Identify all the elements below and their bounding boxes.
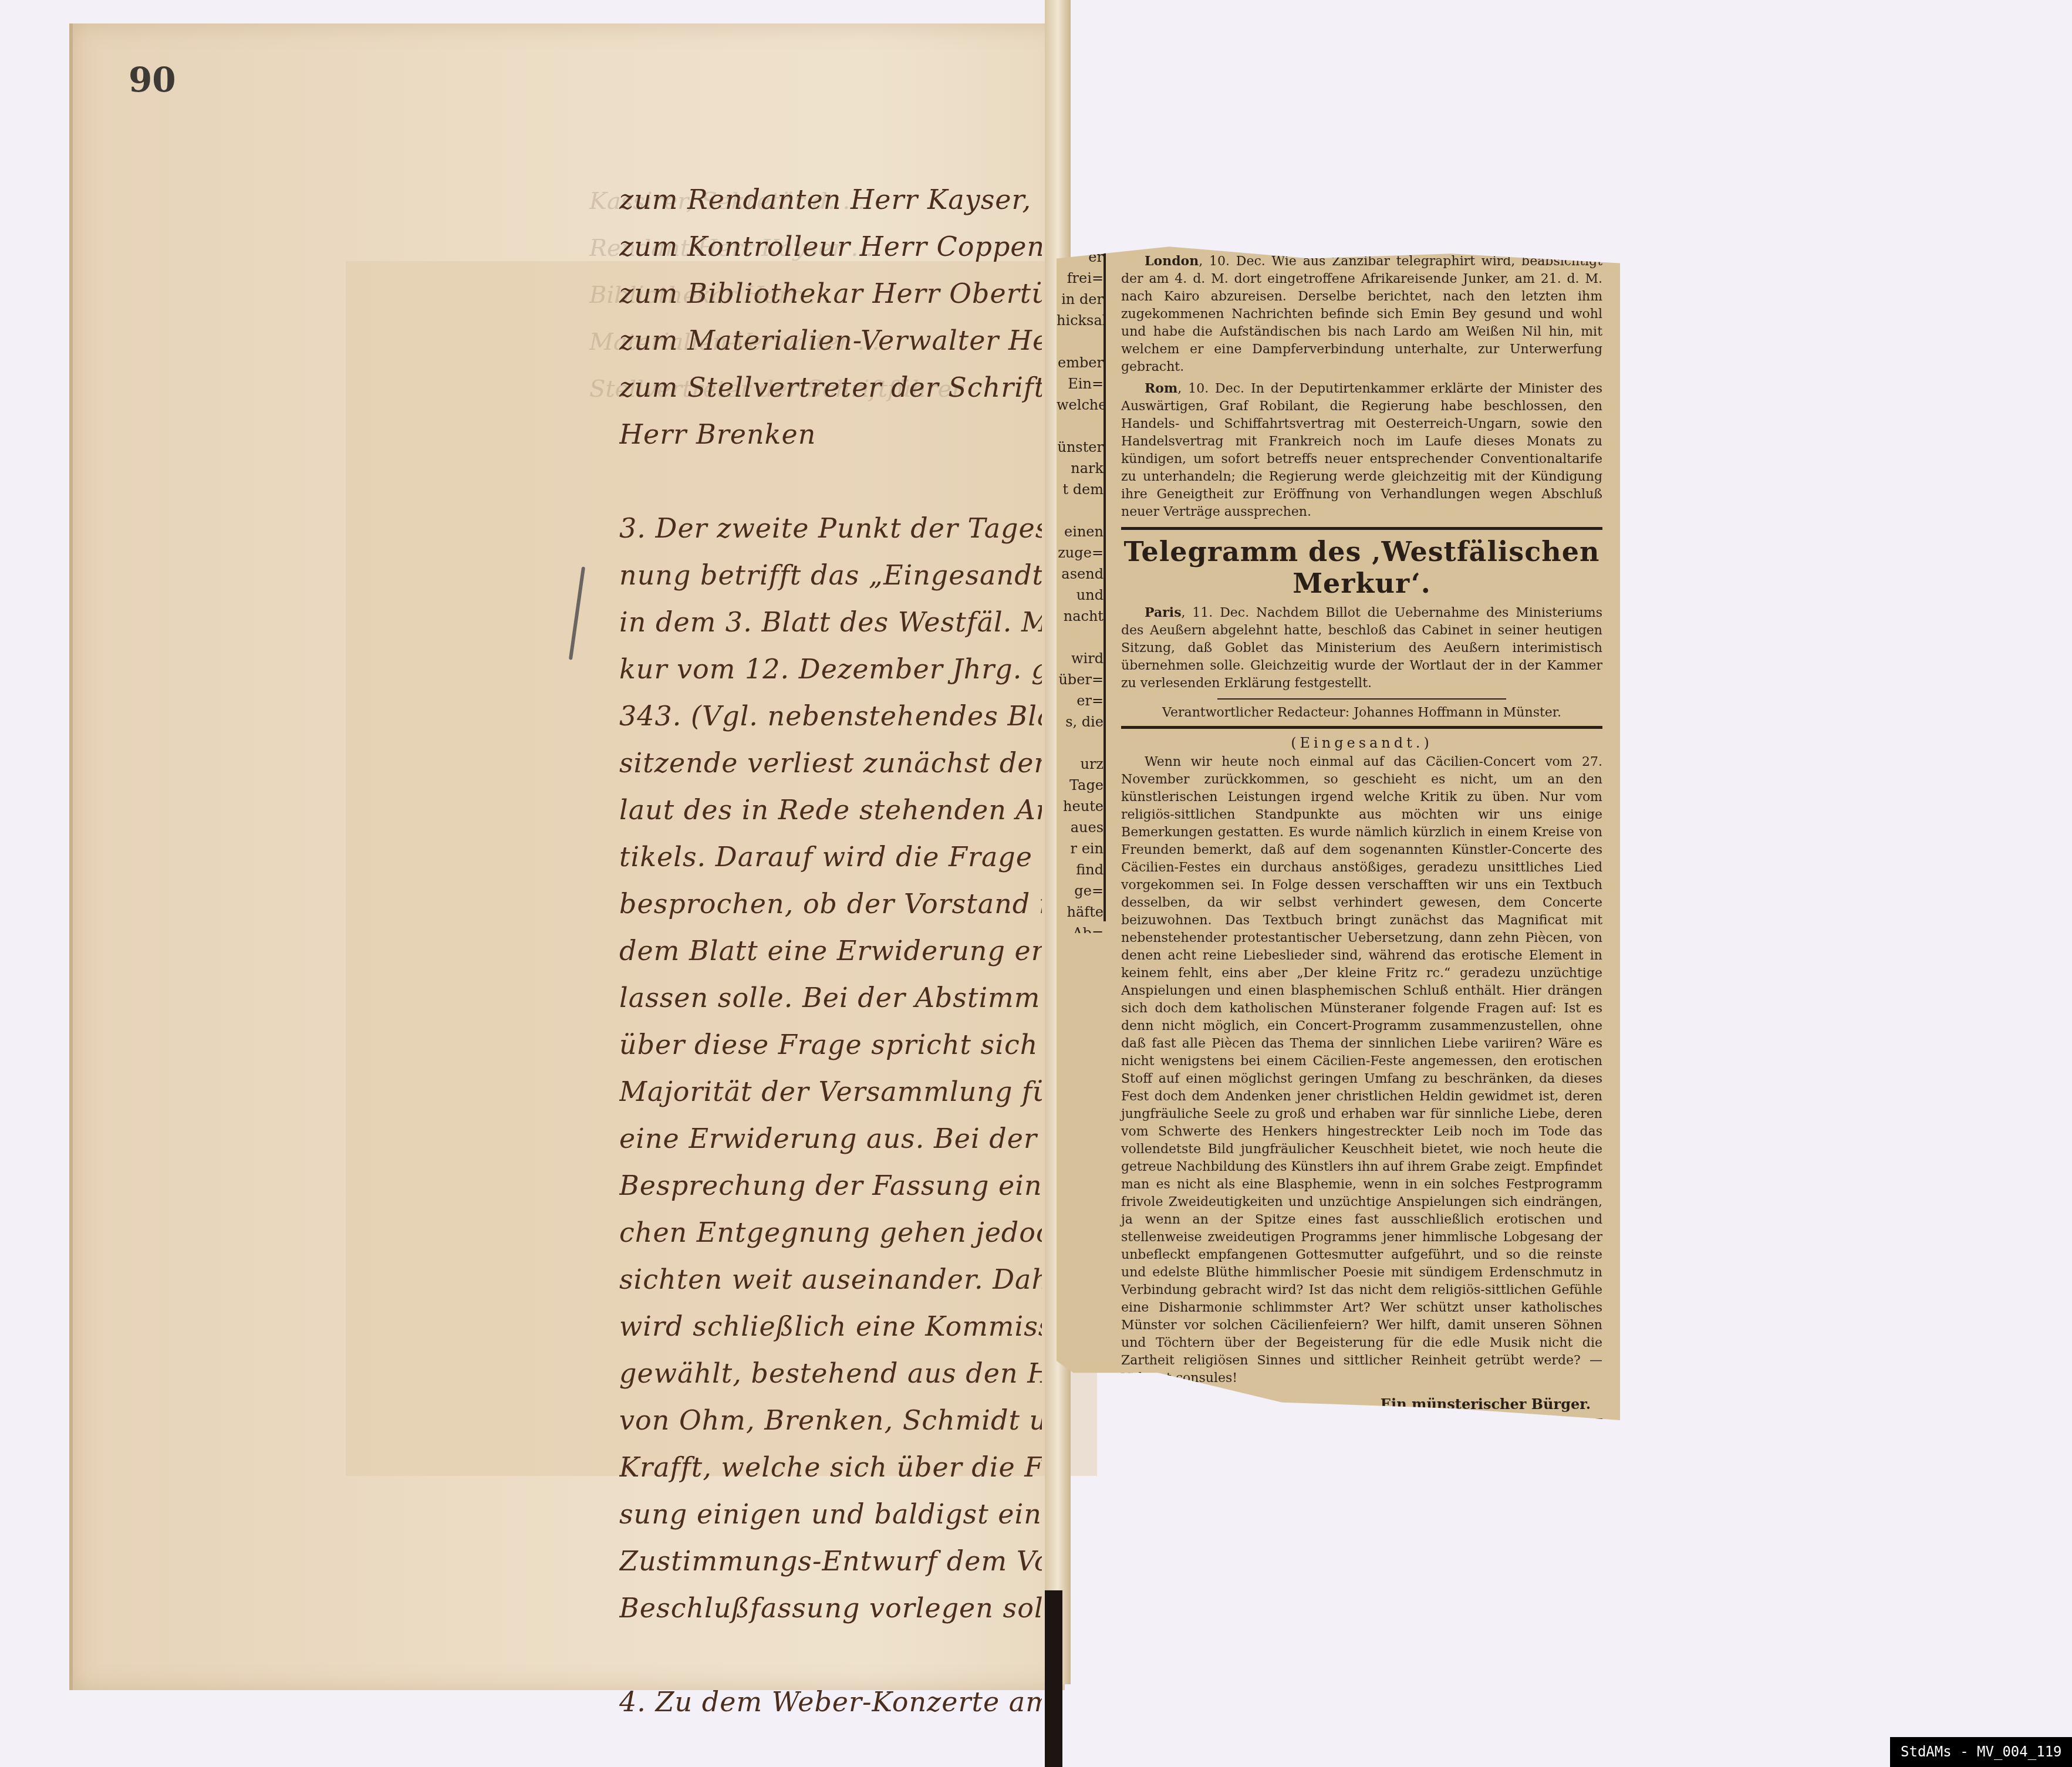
editor-credit: Verantwortlicher Redacteur: Johannes Hof… — [1121, 705, 1602, 720]
edge-fragment: wird — [1057, 648, 1104, 669]
edge-fragment: find — [1057, 859, 1104, 880]
telegram-headline: Telegramm des ‚Westfälischen Merkur‘. — [1121, 536, 1602, 599]
edge-fragment: nark — [1057, 458, 1104, 479]
hw-line: von Ohm, Brenken, Schmidt und — [619, 1397, 1042, 1444]
section-title: (Eingesandt.) — [1121, 735, 1602, 751]
dateline-place: Paris — [1145, 605, 1182, 620]
edge-fragment: hicksal, — [1057, 310, 1104, 331]
edge-fragment: nacht — [1057, 606, 1104, 627]
edge-fragment: urz — [1057, 754, 1104, 775]
hw-line: über diese Frage spricht sich — [619, 1021, 1042, 1068]
clipping-edge-column: er frei=in derhicksal, emberEin=welche ü… — [1057, 235, 1104, 933]
edge-fragment: asend — [1057, 563, 1104, 585]
edge-fragment: in der — [1057, 289, 1104, 310]
edge-fragment: er= — [1057, 690, 1104, 711]
hw-line: eine Erwiderung aus. Bei der — [619, 1115, 1042, 1162]
edge-fragment: und — [1057, 585, 1104, 606]
edge-fragment: heute — [1057, 796, 1104, 817]
edge-fragment: Ein= — [1057, 373, 1104, 394]
hw-line: Beschlußfassung vorlegen sollen. — [619, 1584, 1042, 1631]
page-number: 90 — [129, 60, 176, 100]
edge-fragment: ember — [1057, 352, 1104, 373]
edge-fragment: ünster — [1057, 437, 1104, 458]
hw-gap — [619, 1631, 1042, 1678]
edge-fragment: Ab= — [1057, 923, 1104, 933]
edge-fragment: welche — [1057, 394, 1104, 415]
hw-line: chen Entgegnung gehen jedoch die An- — [619, 1209, 1042, 1256]
news-text: Wie aus Zanzibar telegraphirt wird, beab… — [1121, 254, 1602, 374]
edge-fragment — [1057, 331, 1104, 352]
hw-line: nung betrifft das „Eingesandt“ — [619, 552, 1042, 599]
hw-line: sung einigen und baldigst einen — [619, 1491, 1042, 1538]
hw-line: Besprechung der Fassung einer sol- — [619, 1162, 1042, 1209]
edge-fragment: t dem — [1057, 479, 1104, 500]
hw-line: Herr Brenken — [619, 411, 1042, 458]
dateline-date: 10. Dec. — [1209, 254, 1266, 269]
hw-line: zum Materialien-Verwalter Herr Schrader — [619, 317, 1042, 364]
edge-column-text: er frei=in derhicksal, emberEin=welche ü… — [1057, 246, 1104, 933]
edge-fragment: Tage — [1057, 775, 1104, 796]
clipping-main-column: London, 10. Dec. Wie aus Zanzibar telegr… — [1121, 252, 1602, 1450]
edge-fragment — [1057, 732, 1104, 754]
hw-gap — [619, 458, 1042, 505]
hw-line: tikels. Darauf wird die Frage — [619, 833, 1042, 880]
hw-line: Zustimmungs-Entwurf dem Vorstande zur — [619, 1538, 1042, 1584]
hw-line: zum Kontrolleur Herr Coppenrath — [619, 223, 1042, 270]
divider — [1121, 1418, 1602, 1421]
divider — [1217, 698, 1506, 700]
news-rom: Rom, 10. Dec. In der Deputirtenkammer er… — [1121, 380, 1602, 521]
hw-line: gewählt, bestehend aus den Herren — [619, 1350, 1042, 1397]
edge-fragment: aues — [1057, 817, 1104, 838]
edge-fragment: zuge= — [1057, 542, 1104, 563]
signature: Ein münsterischer Bürger. — [1121, 1396, 1591, 1413]
hw-line: besprochen, ob der Vorstand in — [619, 880, 1042, 927]
hw-line: sitzende verliest zunächst den Wort- — [619, 739, 1042, 786]
hw-line: sichten weit auseinander. Daher — [619, 1256, 1042, 1303]
hw-line: 343. (Vgl. nebenstehendes Blatt). Der Vo… — [619, 692, 1042, 739]
eingesandt-body: Wenn wir heute noch einmal auf das Cäcil… — [1121, 754, 1602, 1387]
news-london: London, 10. Dec. Wie aus Zanzibar telegr… — [1121, 252, 1602, 376]
edge-fragment: einen — [1057, 521, 1104, 542]
edge-fragment: häfte — [1057, 901, 1104, 923]
book-spine — [1045, 1590, 1062, 1767]
hw-line: wird schließlich eine Kommission — [619, 1303, 1042, 1350]
edge-fragment: ge= — [1057, 880, 1104, 901]
dateline-place: Rom — [1145, 381, 1177, 396]
news-paris: Paris, 11. Dec. Nachdem Billot die Ueber… — [1121, 604, 1602, 692]
dateline-date: 11. Dec. — [1192, 606, 1249, 620]
divider — [1121, 527, 1602, 530]
hw-line: 3. Der zweite Punkt der Tagesord- — [619, 505, 1042, 552]
column-rule — [1104, 246, 1106, 921]
edge-fragment — [1057, 627, 1104, 648]
edge-fragment: r ein — [1057, 838, 1104, 859]
divider — [1121, 726, 1602, 729]
archive-reference-label: StdAMs - MV_004_119 — [1890, 1737, 2072, 1767]
hw-line: zum Bibliothekar Herr Obertüschen — [619, 270, 1042, 317]
hw-line: laut des in Rede stehenden Ar- — [619, 786, 1042, 833]
hw-line: 4. Zu dem Weber-Konzerte am — [619, 1678, 1042, 1725]
newspaper-clipping: er frei=in derhicksal, emberEin=welche ü… — [1057, 235, 1620, 1420]
hw-line: zum Rendanten Herr Kayser, — [619, 176, 1042, 223]
hw-line: dem Blatt eine Erwiderung er- — [619, 927, 1042, 974]
handwritten-minutes: zum Rendanten Herr Kayser, zum Kontrolle… — [619, 176, 1042, 1725]
edge-fragment — [1057, 500, 1104, 521]
dateline-date: 10. Dec. — [1188, 381, 1244, 396]
hw-line: in dem 3. Blatt des Westfäl. Mer- — [619, 599, 1042, 646]
news-text: In der Deputirtenkammer erklärte der Min… — [1121, 381, 1602, 519]
hw-line: lassen solle. Bei der Abstimmung — [619, 974, 1042, 1021]
hw-line: Majorität der Versammlung für — [619, 1068, 1042, 1115]
dateline-place: London — [1145, 254, 1199, 269]
edge-fragment: s, die — [1057, 711, 1104, 732]
edge-fragment — [1057, 415, 1104, 437]
hw-line: Krafft, welche sich über die Fas- — [619, 1444, 1042, 1491]
hw-line: zum Stellvertreter der Schriftführer — [619, 364, 1042, 411]
hw-line: kur vom 12. Dezember Jhrg. g. No. — [619, 646, 1042, 692]
edge-fragment: über= — [1057, 669, 1104, 690]
printer-credit: Druck der Coppenrath'schen Buchdruckerei… — [1121, 1434, 1602, 1450]
